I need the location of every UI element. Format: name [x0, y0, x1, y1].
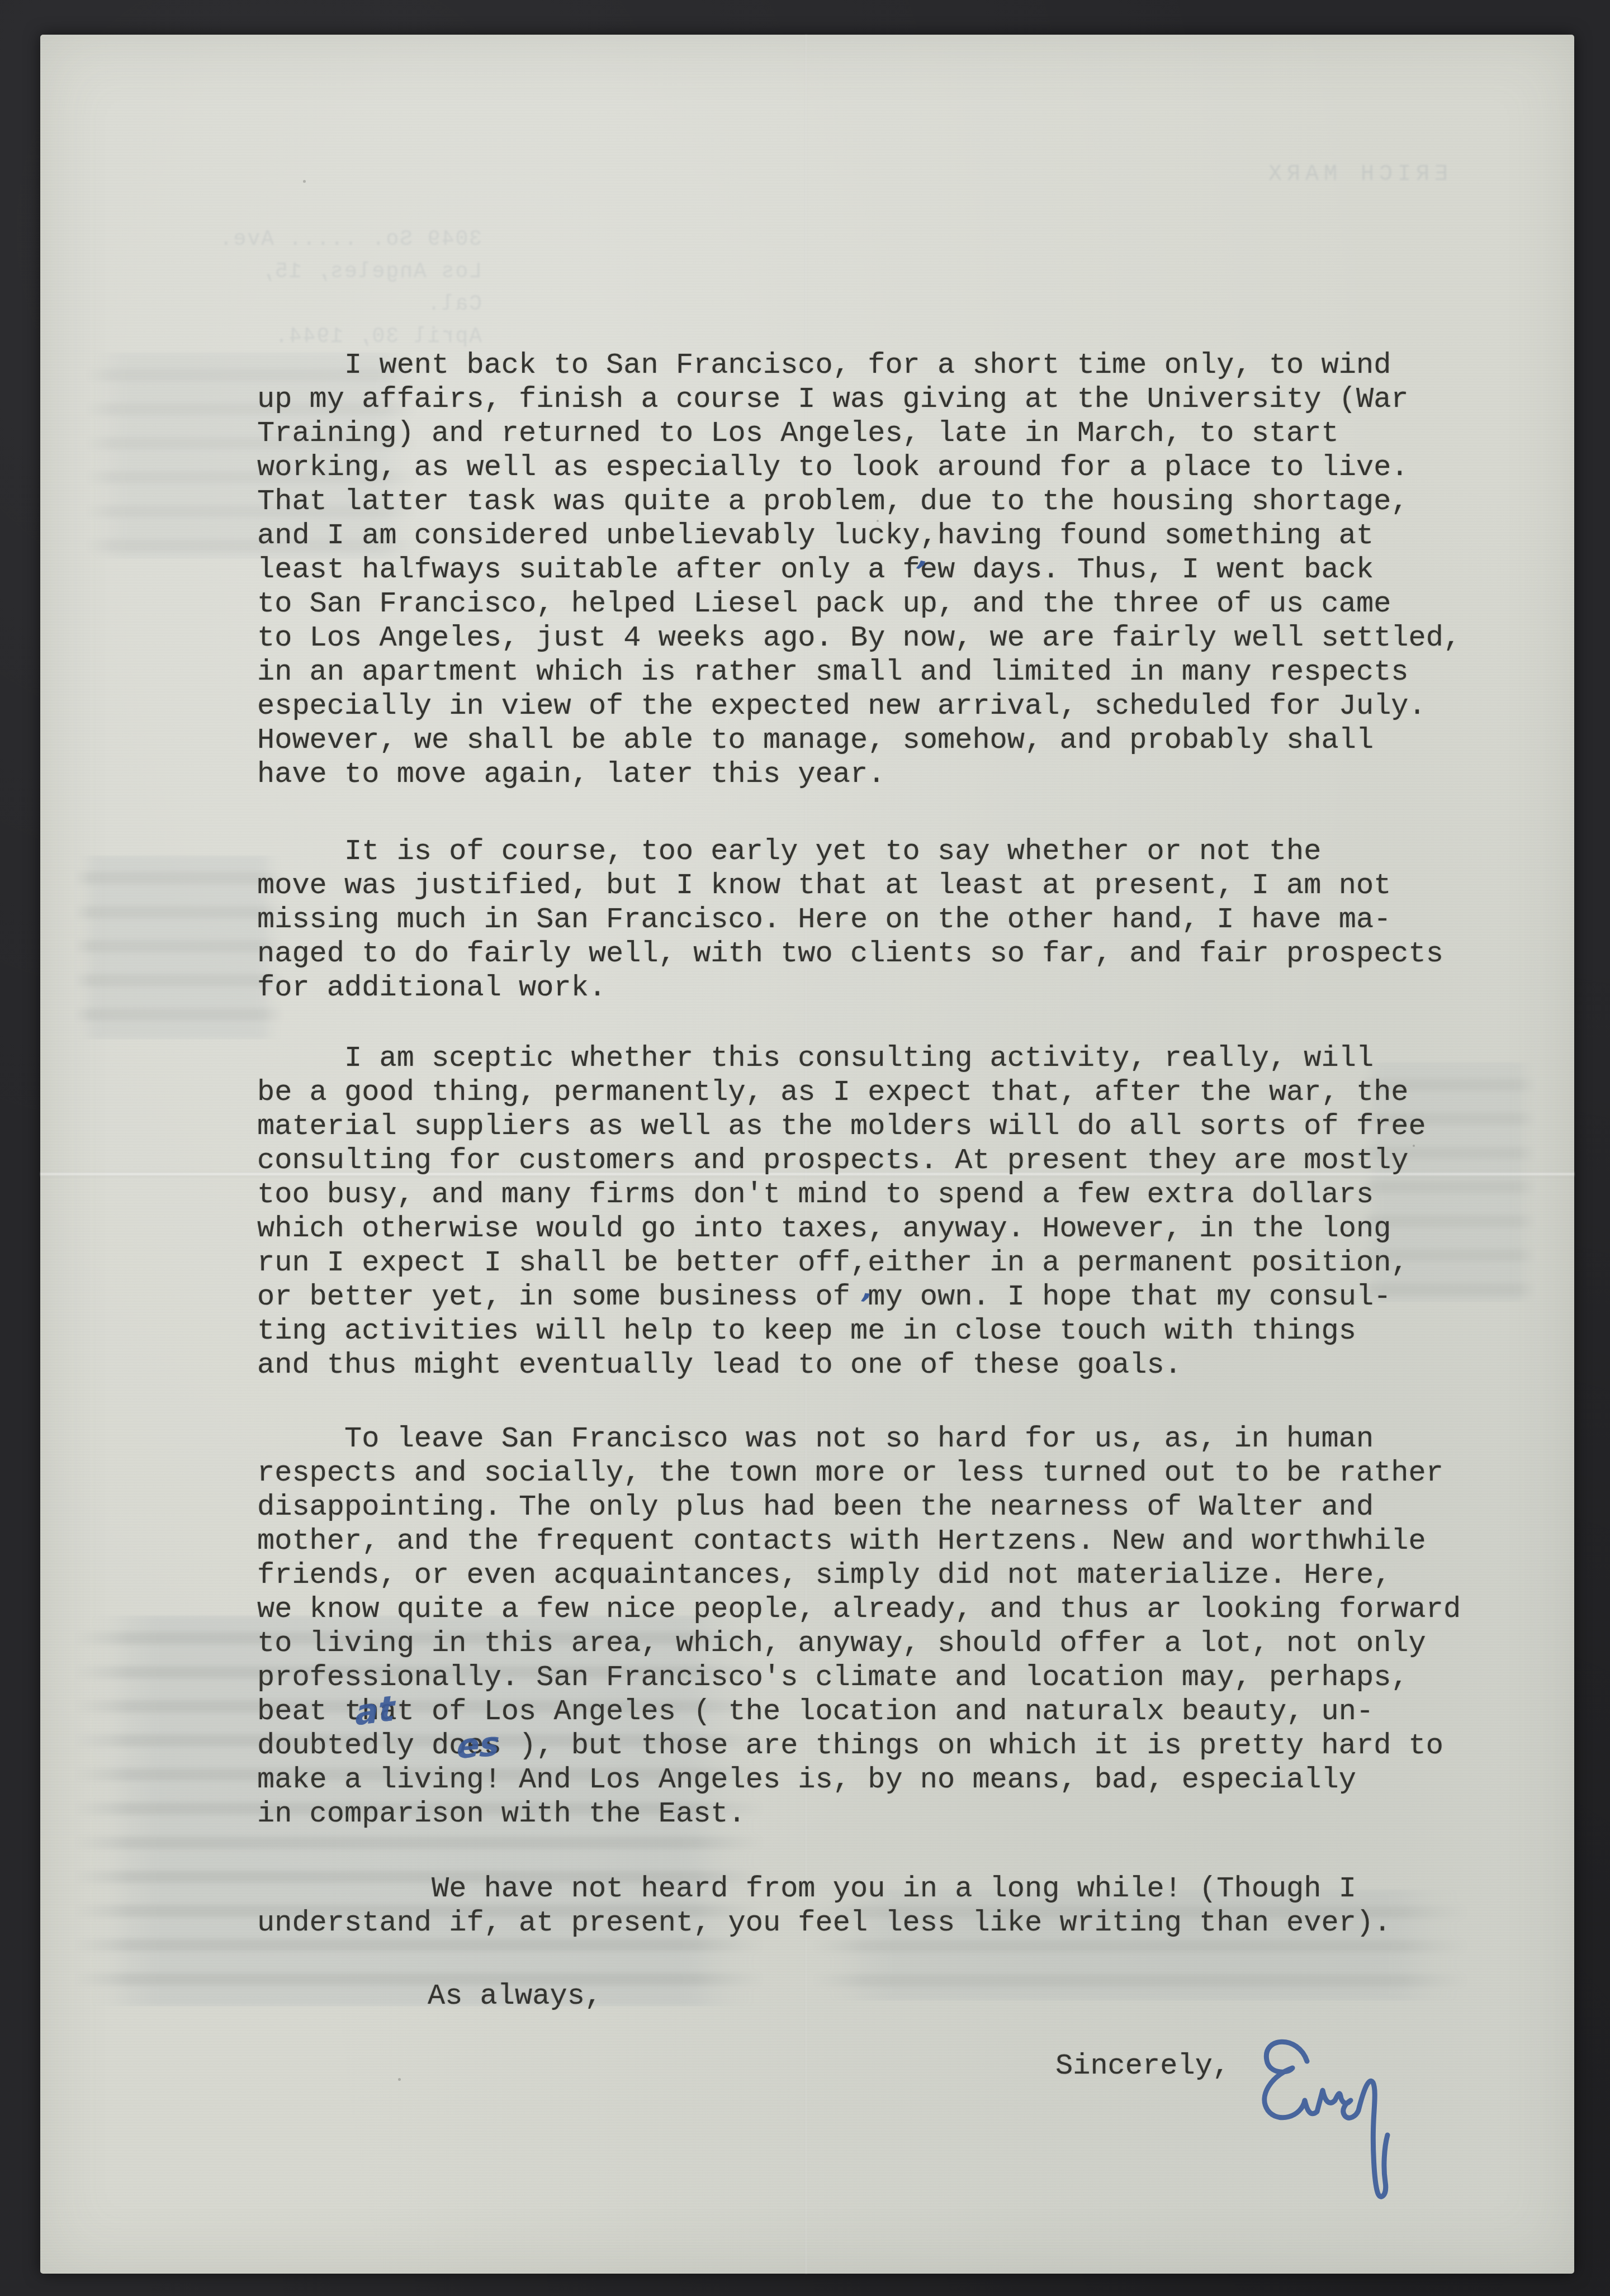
letter-paragraph-5: We have not heard from you in a long whi… — [257, 1872, 1391, 1940]
closing-sincerely: Sincerely, — [1055, 2049, 1230, 2083]
photo-backdrop: ERICH MARX 3049 So. ..... Ave. Los Angel… — [0, 0, 1610, 2296]
bleedthrough-address-block: 3049 So. ..... Ave. Los Angeles, 15, Cal… — [191, 224, 482, 353]
bleedthrough-address-line: Los Angeles, 15, Cal. — [191, 256, 482, 321]
bleedthrough-letterhead-name: ERICH MARX — [1263, 162, 1509, 187]
ink-correction-es: es — [456, 1724, 500, 1767]
letter-sheet: ERICH MARX 3049 So. ..... Ave. Los Angel… — [40, 35, 1574, 2274]
paper-speck — [303, 180, 306, 183]
closing-as-always: As always, — [428, 1979, 602, 2013]
letter-paragraph-4: To leave San Francisco was not so hard f… — [257, 1422, 1461, 1831]
bleedthrough-smudge — [73, 855, 285, 1040]
paper-speck — [398, 2078, 401, 2081]
letter-paragraph-3: I am sceptic whether this consulting act… — [257, 1041, 1426, 1382]
bleedthrough-address-line: 3049 So. ..... Ave. — [191, 224, 482, 256]
signature-erich — [1235, 2012, 1437, 2224]
letter-paragraph-1: I went back to San Francisco, for a shor… — [257, 348, 1461, 791]
ink-correction-at: at — [355, 1687, 395, 1733]
letter-paragraph-2: It is of course, too early yet to say wh… — [257, 834, 1443, 1005]
